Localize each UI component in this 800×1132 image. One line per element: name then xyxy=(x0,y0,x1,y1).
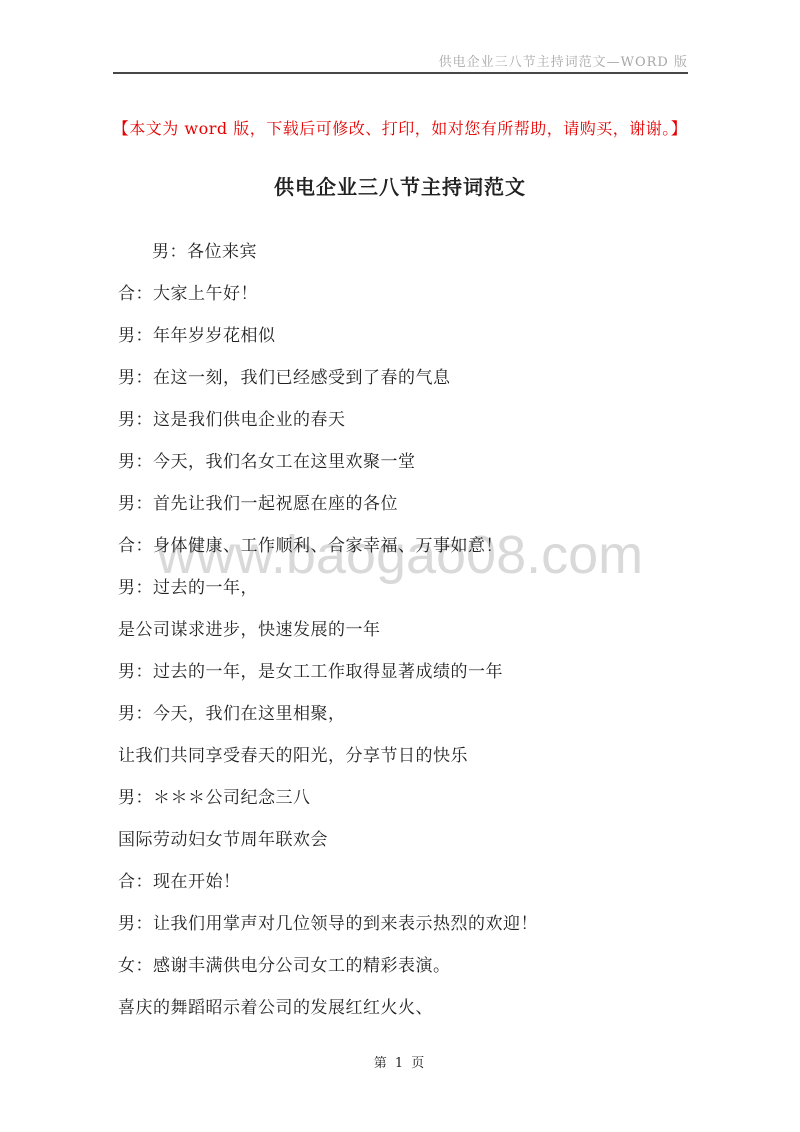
paragraph: 男：首先让我们一起祝愿在座的各位 xyxy=(118,483,692,525)
paragraph: 男：年年岁岁花相似 xyxy=(118,315,692,357)
document-page: 供电企业三八节主持词范文—WORD 版 【本文为 word 版，下载后可修改、打… xyxy=(0,0,800,1132)
paragraph: 男：今天，我们在这里相聚， xyxy=(118,693,692,735)
paragraph: 合：大家上午好！ xyxy=(118,273,692,315)
paragraph: 男：让我们用掌声对几位领导的到来表示热烈的欢迎！ xyxy=(118,903,692,945)
paragraph: 男：今天，我们名女工在这里欢聚一堂 xyxy=(118,441,692,483)
paragraph: 喜庆的舞蹈昭示着公司的发展红红火火、 xyxy=(118,987,692,1029)
paragraph: 男：＊＊＊公司纪念三八 xyxy=(118,777,692,819)
header-rule xyxy=(113,72,688,74)
page-number: 第 1 页 xyxy=(374,1056,427,1071)
paragraph: 男：这是我们供电企业的春天 xyxy=(118,399,692,441)
paragraph: 合：现在开始！ xyxy=(118,861,692,903)
page-footer: 第 1 页 xyxy=(0,1052,800,1071)
paragraph: 男：过去的一年， xyxy=(118,567,692,609)
paragraph: 国际劳动妇女节周年联欢会 xyxy=(118,819,692,861)
paragraph: 男：各位来宾 xyxy=(118,231,692,273)
paragraph: 男：过去的一年，是女工工作取得显著成绩的一年 xyxy=(118,651,692,693)
paragraph: 让我们共同享受春天的阳光，分享节日的快乐 xyxy=(118,735,692,777)
header-title: 供电企业三八节主持词范文—WORD 版 xyxy=(439,55,688,70)
paragraph: 男：在这一刻，我们已经感受到了春的气息 xyxy=(118,357,692,399)
document-body: 男：各位来宾 合：大家上午好！ 男：年年岁岁花相似 男：在这一刻，我们已经感受到… xyxy=(118,231,692,1029)
document-title: 供电企业三八节主持词范文 xyxy=(0,171,800,200)
paragraph: 合：身体健康、工作顺利、合家幸福、万事如意！ xyxy=(118,525,692,567)
purchase-notice: 【本文为 word 版，下载后可修改、打印，如对您有所帮助，请购买，谢谢。】 xyxy=(0,116,800,139)
paragraph: 是公司谋求进步，快速发展的一年 xyxy=(118,609,692,651)
page-header: 供电企业三八节主持词范文—WORD 版 xyxy=(113,51,688,70)
paragraph: 女：感谢丰满供电分公司女工的精彩表演。 xyxy=(118,945,692,987)
